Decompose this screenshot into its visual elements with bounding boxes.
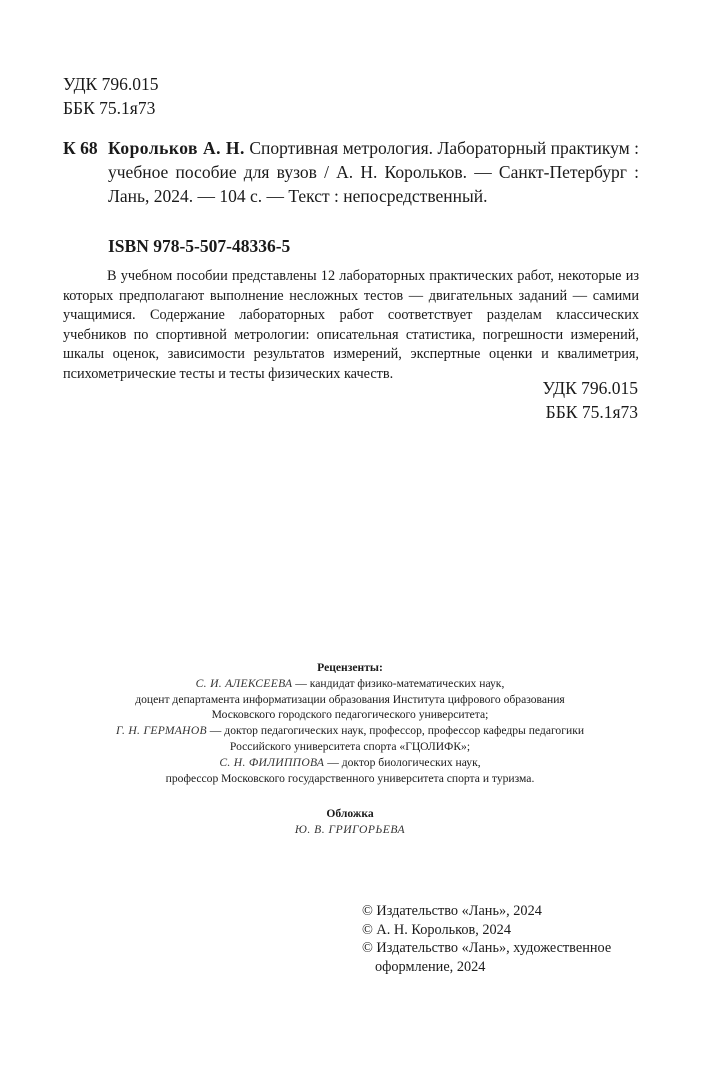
reviewer-name: Г. Н. ГЕРМАНОВ [116, 724, 207, 737]
reviewer-desc: — доктор биологических наук, [324, 756, 480, 769]
reviewer-name: С. И. АЛЕКСЕЕВА [196, 677, 293, 690]
reviewers-heading: Рецензенты: [60, 660, 640, 676]
reviewer-desc: профессор Московского государственного у… [60, 771, 640, 787]
catalog-entry-body: Корольков А. Н. Спортивная метрология. Л… [108, 136, 639, 208]
copyright-notices: © Издательство «Лань», 2024 © А. Н. Коро… [362, 902, 652, 976]
annotation: В учебном пособии представлены 12 лабора… [63, 267, 639, 384]
catalog-entry: К 68 Корольков А. Н. Спортивная метролог… [63, 136, 639, 208]
reviewer-1: С. И. АЛЕКСЕЕВА — кандидат физико-матема… [60, 676, 640, 723]
cover-designer: Ю. В. ГРИГОРЬЕВА [250, 822, 450, 838]
author-name: Корольков А. Н. [108, 138, 245, 158]
copyright-item: © А. Н. Корольков, 2024 [362, 921, 652, 940]
reviewer-desc: Московского городского педагогического у… [60, 707, 640, 723]
reviewer-2: Г. Н. ГЕРМАНОВ — доктор педагогических н… [60, 723, 640, 755]
author-mark: К 68 [63, 136, 98, 160]
reviewer-desc: — кандидат физико-математических наук, [292, 677, 504, 690]
bbk-code-right: ББК 75.1я73 [460, 400, 638, 424]
reviewer-desc: Российского университета спорта «ГЦОЛИФК… [60, 739, 640, 755]
classification-codes-right: УДК 796.015 ББК 75.1я73 [460, 376, 638, 424]
classification-codes: УДК 796.015 ББК 75.1я73 [63, 72, 158, 120]
cover-credit: Обложка Ю. В. ГРИГОРЬЕВА [250, 806, 450, 838]
bbk-code: ББК 75.1я73 [63, 96, 158, 120]
copyright-item: © Издательство «Лань», 2024 [362, 902, 652, 921]
copyright-item: © Издательство «Лань», художественное оф… [362, 939, 652, 976]
reviewer-3: С. Н. ФИЛИППОВА — доктор биологических н… [60, 755, 640, 787]
reviewer-desc: — доктор педагогических наук, профессор,… [207, 724, 584, 737]
cover-heading: Обложка [250, 806, 450, 822]
isbn: ISBN 978-5-507-48336-5 [108, 236, 290, 257]
udk-code: УДК 796.015 [63, 72, 158, 96]
reviewers-block: Рецензенты: С. И. АЛЕКСЕЕВА — кандидат ф… [60, 660, 640, 786]
udk-code-right: УДК 796.015 [460, 376, 638, 400]
reviewer-name: С. Н. ФИЛИППОВА [219, 756, 324, 769]
reviewer-desc: доцент департамента информатизации образ… [60, 692, 640, 708]
